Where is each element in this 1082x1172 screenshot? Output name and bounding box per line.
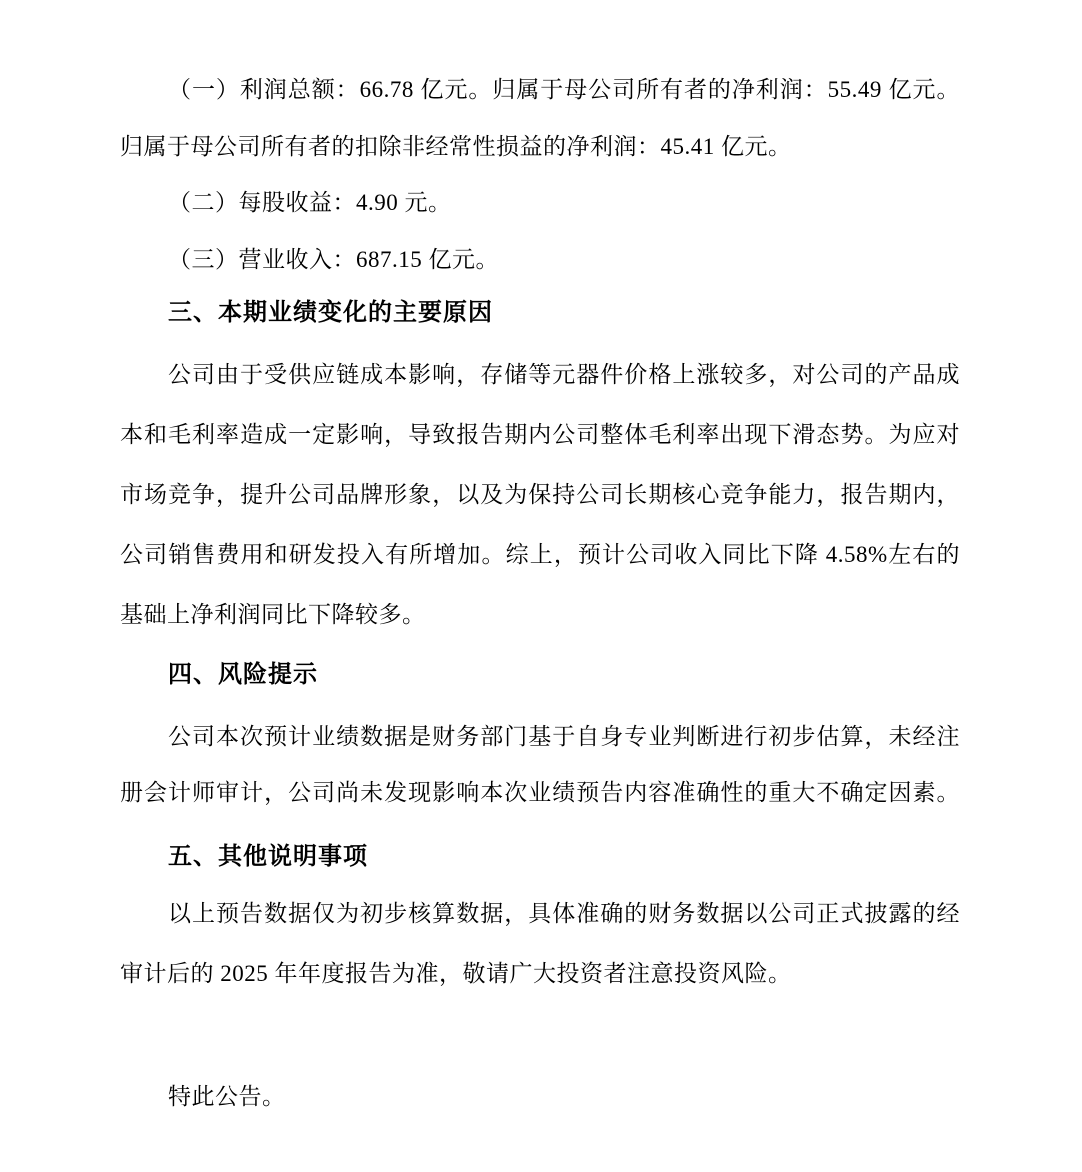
announcement-document: （一）利润总额：66.78 亿元。归属于母公司所有者的净利润：55.49 亿元。… [0, 0, 1082, 1172]
item-2-eps: （二）每股收益：4.90 元。 [120, 188, 960, 218]
heading-section-3-reasons: 三、本期业绩变化的主要原因 [120, 298, 960, 328]
para-other-line-2: 审计后的 2025 年年度报告为准，敬请广大投资者注意投资风险。 [120, 959, 960, 989]
para-reasons-line-3: 市场竞争，提升公司品牌形象，以及为保持公司长期核心竞争能力，报告期内， [120, 480, 960, 510]
para-reasons-line-4: 公司销售费用和研发投入有所增加。综上，预计公司收入同比下降 4.58%左右的 [120, 540, 960, 570]
item-3-revenue: （三）营业收入：687.15 亿元。 [120, 245, 960, 275]
para-reasons-line-2: 本和毛利率造成一定影响，导致报告期内公司整体毛利率出现下滑态势。为应对 [120, 420, 960, 450]
para-reasons-line-1: 公司由于受供应链成本影响，存储等元器件价格上涨较多，对公司的产品成 [120, 360, 960, 390]
item-1-profit-total-line-2: 归属于母公司所有者的扣除非经常性损益的净利润：45.41 亿元。 [120, 132, 960, 162]
para-reasons-line-5: 基础上净利润同比下降较多。 [120, 600, 960, 630]
para-risk-line-1: 公司本次预计业绩数据是财务部门基于自身专业判断进行初步估算，未经注 [120, 722, 960, 752]
heading-section-4-risk: 四、风险提示 [120, 660, 960, 690]
heading-section-5-other: 五、其他说明事项 [120, 842, 960, 872]
para-other-line-1: 以上预告数据仅为初步核算数据，具体准确的财务数据以公司正式披露的经 [120, 899, 960, 929]
item-1-profit-total-line-1: （一）利润总额：66.78 亿元。归属于母公司所有者的净利润：55.49 亿元。 [120, 75, 960, 105]
closing-announcement: 特此公告。 [120, 1082, 960, 1112]
para-risk-line-2: 册会计师审计，公司尚未发现影响本次业绩预告内容准确性的重大不确定因素。 [120, 778, 960, 808]
